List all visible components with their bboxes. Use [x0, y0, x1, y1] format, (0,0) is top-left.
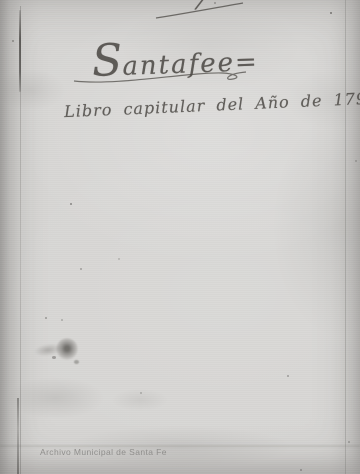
binding-crease-dark-segment [19, 10, 21, 92]
page-right-edge [345, 0, 346, 474]
manuscript-subtitle: Libro capitular del Año de 1792= [64, 88, 360, 121]
archive-watermark-label: Archivo Municipal de Santa Fe [40, 447, 167, 457]
ink-blot [56, 338, 78, 360]
title-underline-flourish [70, 64, 260, 88]
folio-cross-stroke [152, 0, 247, 22]
binding-crease-bottom-segment [17, 398, 19, 474]
manuscript-scan-page: 7 Santafee= Libro capitular del Año de 1… [0, 0, 360, 474]
ink-speckle [52, 356, 56, 359]
paper-specks [0, 0, 2, 2]
ink-speckle [74, 360, 79, 364]
